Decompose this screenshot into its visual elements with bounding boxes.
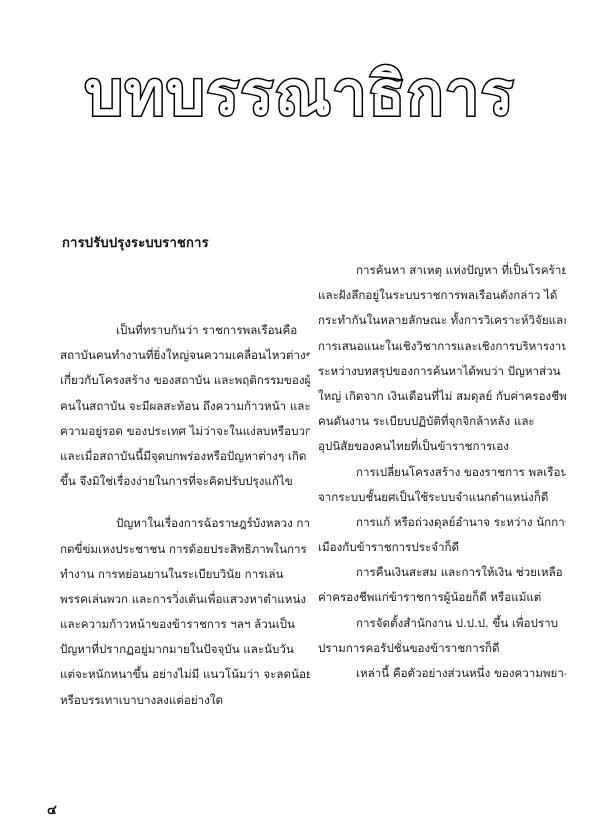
page-number: ๔ — [47, 799, 57, 820]
text-line: สถาบันคนทำงานที่ยิ่งใหญ่จนความเคลื่อนไหว… — [60, 343, 310, 368]
text-line: แต่จะหนักหนาขึ้น อย่างไม่มี แนวโน้มว่า จ… — [60, 662, 310, 687]
text-line: ค่าครองชีพแก่ข้าราชการผู้น้อยก็ดี หรือแม… — [318, 585, 566, 610]
text-line: ทำงาน การหย่อนยานในระเบียบวินัย การเล่น — [60, 562, 310, 587]
text-line: คนในสถาบัน จะมีผลสะท้อน ถึงความก้าวหน้า … — [60, 394, 310, 419]
text-line: ปัญหาในเรื่องการฉ้อราษฎร์บังหลวง การ — [60, 511, 310, 536]
text-line: พรรคเล่นพวก และการวิ่งเต้นเพื่อแสวงหาตำแ… — [60, 587, 310, 612]
text-line: การแก้ หรือถ่วงดุลย์อำนาจ ระหว่าง นักการ — [318, 510, 566, 535]
text-line: ระหว่างบทสรุปของการค้นหาได้พบว่า ปัญหาส่… — [318, 359, 566, 384]
text-line: หรือบรรเทาเบาบางลงแต่อย่างใด — [60, 688, 310, 713]
text-line: เหล่านี้ คือตัวอย่างส่วนหนึ่ง ของความพยา… — [318, 661, 566, 686]
text-line: และฝังลึกอยู่ในระบบราชการพลเรือนดังกล่าว… — [318, 283, 566, 308]
text-line: การเสนอแนะในเชิงวิชาการและเชิงการบริหารง… — [318, 334, 566, 359]
text-line: กดขี่ข่มเหงประชาชน การด้อยประสิทธิภาพในก… — [60, 537, 310, 562]
text-line: ใหญ่ เกิดจาก เงินเดือนที่ไม่ สมดุลย์ กับ… — [318, 384, 566, 409]
text-line: กระทำกันในหลายลักษณะ ทั้งการวิเคราะห์วิจ… — [318, 308, 566, 333]
text-line: อุปนิสัยของคนไทยที่เป็นข้าราชการเอง — [318, 434, 566, 459]
right-column: การค้นหา สาเหตุ แห่งปัญหา ที่เป็นโรคร้าย… — [318, 258, 566, 686]
text-line: คนดันงาน ระเบียบปฏิบัติที่จุกจิกล้าหลัง … — [318, 409, 566, 434]
text-line: ความอยู่รอด ของประเทศ ไม่ว่าจะในแง่ลบหรื… — [60, 419, 310, 444]
text-line: เมืองกับข้าราชการประจำก็ดี — [318, 535, 566, 560]
text-line: การจัดตั้งสำนักงาน ป.ป.ป. ขึ้น เพื่อปราบ — [318, 611, 566, 636]
section-heading: การปรับปรุงระบบราชการ — [62, 232, 209, 253]
text-line: ขึ้น จึงมิใช่เรื่องง่ายในการที่จะคิดปรับ… — [60, 469, 310, 494]
text-line: จากระบบชั้นยศเป็นใช้ระบบจำแนกตำแหน่งก็ดี — [318, 485, 566, 510]
text-line: และความก้าวหน้าของข้าราชการ ฯลฯ ล้วนเป็น — [60, 612, 310, 637]
text-line: ปรามการคอรัปชั่นของข้าราชการก็ดี — [318, 636, 566, 661]
text-line: ปัญหาที่ปรากฏอยู่มากมายในปัจจุบัน และนับ… — [60, 637, 310, 662]
text-line: และเมื่อสถาบันนี้มีจุดบกพร่องหรือปัญหาต่… — [60, 444, 310, 469]
text-line: เกี่ยวกับโครงสร้าง ของสถาบัน และพฤติกรรม… — [60, 368, 310, 393]
text-line: การเปลี่ยนโครงสร้าง ของราชการ พลเรือน — [318, 460, 566, 485]
page-title: บทบรรณาธิการ — [100, 58, 500, 130]
text-line: การคืนเงินสะสม และการให้เงิน ช่วยเหลือ — [318, 560, 566, 585]
left-column: เป็นที่ทราบกันว่า ราชการพลเรือนคือ สถาบั… — [60, 318, 310, 713]
text-line: เป็นที่ทราบกันว่า ราชการพลเรือนคือ — [60, 318, 310, 343]
paragraph-gap — [60, 494, 310, 511]
text-line: การค้นหา สาเหตุ แห่งปัญหา ที่เป็นโรคร้าย — [318, 258, 566, 283]
